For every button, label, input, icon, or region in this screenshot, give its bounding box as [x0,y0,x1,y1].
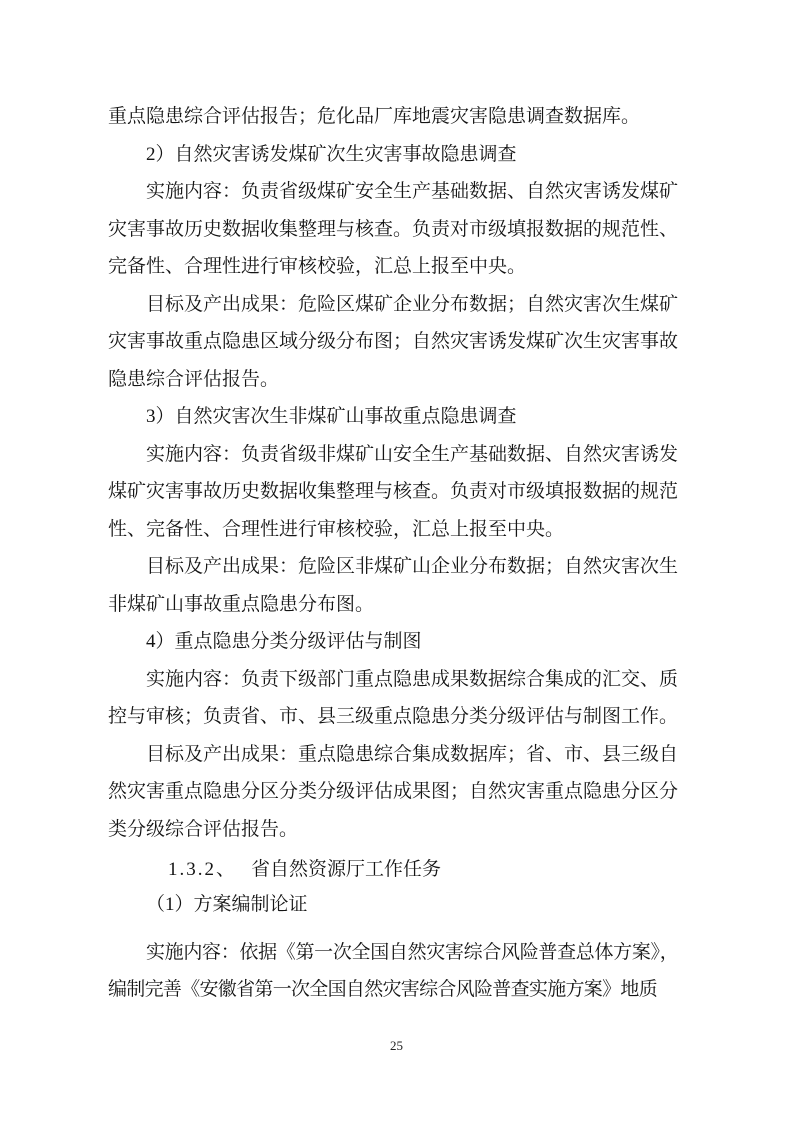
section-heading: 1.3.2、省自然资源厅工作任务 [108,854,678,886]
paragraph: 重点隐患综合评估报告；危化品厂库地震灾害隐患调查数据库。 [108,98,678,136]
paragraph: 目标及产出成果：危险区非煤矿山企业分布数据；自然灾害次生非煤矿山事故重点隐患分布… [108,548,678,623]
paragraph: 2）自然灾害诱发煤矿次生灾害事故隐患调查 [108,136,678,174]
paragraph: 目标及产出成果：重点隐患综合集成数据库；省、市、县三级自然灾害重点隐患分区分类分… [108,736,678,849]
paragraph: 4）重点隐患分类分级评估与制图 [108,623,678,661]
page-body-text: 重点隐患综合评估报告；危化品厂库地震灾害隐患调查数据库。 2）自然灾害诱发煤矿次… [108,98,678,1009]
section-heading-title: 省自然资源厅工作任务 [251,859,441,880]
section-heading-number: 1.3.2、 [168,859,237,880]
paragraph: （1）方案编制论证 [108,886,678,924]
paragraph: 目标及产出成果：危险区煤矿企业分布数据；自然灾害次生煤矿灾害事故重点隐患区域分级… [108,286,678,399]
document-page: 重点隐患综合评估报告；危化品厂库地震灾害隐患调查数据库。 2）自然灾害诱发煤矿次… [0,0,793,1122]
paragraph: 实施内容：负责省级非煤矿山安全生产基础数据、自然灾害诱发煤矿灾害事故历史数据收集… [108,436,678,549]
paragraph: 实施内容：负责下级部门重点隐患成果数据综合集成的汇交、质控与审核；负责省、市、县… [108,661,678,736]
paragraph: 实施内容：依据《第一次全国自然灾害综合风险普查总体方案》，编制完善《安徽省第一次… [108,934,678,1009]
paragraph: 实施内容：负责省级煤矿安全生产基础数据、自然灾害诱发煤矿灾害事故历史数据收集整理… [108,173,678,286]
paragraph: 3）自然灾害次生非煤矿山事故重点隐患调查 [108,398,678,436]
page-number: 25 [0,1037,793,1055]
